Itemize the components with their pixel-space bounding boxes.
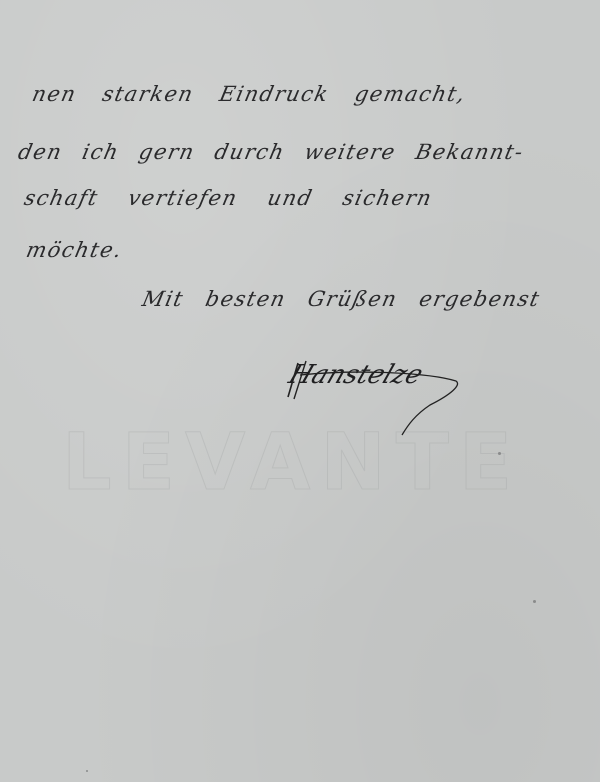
letter-line-4: möchte.	[24, 238, 125, 262]
paper-speck	[86, 770, 88, 772]
letter-page: LEVANTE nen starken Eindruck gemacht, de…	[0, 0, 600, 782]
signature-flourish-icon	[280, 355, 480, 445]
letter-line-1: nen starken Eindruck gemacht,	[30, 82, 468, 106]
letter-line-3: schaft vertiefen und sichern	[22, 186, 435, 210]
letter-line-2: den ich gern durch weitere Bekannt-	[16, 140, 526, 164]
paper-speck	[498, 452, 501, 455]
paper-speck	[533, 600, 536, 603]
closing-line: Mit besten Grüßen ergebenst	[140, 287, 543, 311]
